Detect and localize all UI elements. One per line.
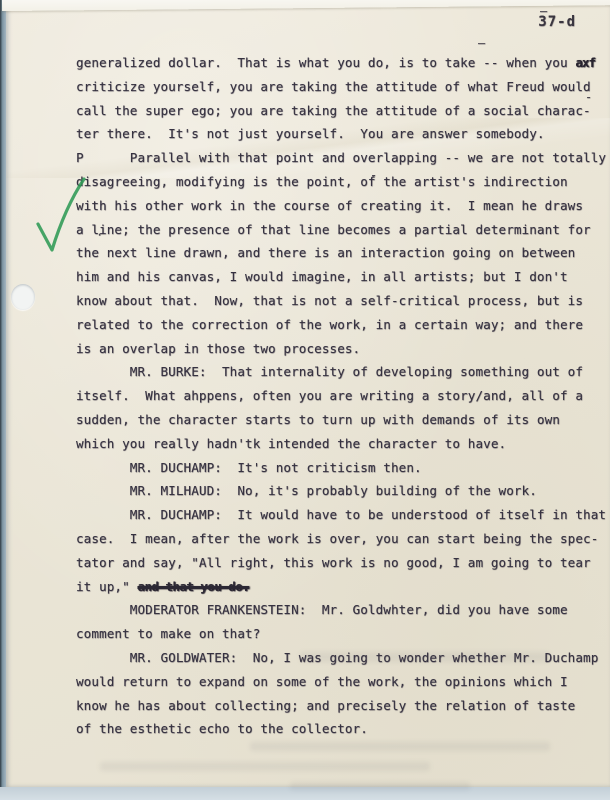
stray-mark: ·	[96, 228, 103, 242]
typed-line: know he has about collecting; and precis…	[76, 694, 596, 718]
typed-line: of the esthetic echo to the collector.	[76, 717, 596, 741]
typed-text: MR. BURKE: That internality of developin…	[76, 364, 583, 379]
checkmark-icon	[26, 172, 96, 264]
typed-text: it up,"	[76, 579, 137, 594]
typed-text: disagreeing, modifying is the point, of …	[76, 174, 568, 189]
ghost-bleedthrough	[100, 762, 430, 771]
typed-line: comment to make on that?	[76, 622, 596, 646]
typed-line: MR. BURKE: That internality of developin…	[76, 360, 596, 384]
typed-text: would return to expand on some of the wo…	[76, 674, 568, 689]
typed-line: know about that. Now, that is not a self…	[76, 289, 596, 313]
typed-line: with his other work in the course of cre…	[76, 194, 596, 218]
typed-line: criticize yourself, you are taking the a…	[76, 75, 596, 99]
typed-line: MR. DUCHAMP: It's not criticism then.	[76, 456, 596, 480]
typed-line: ter there. It's not just yourself. You a…	[76, 122, 596, 146]
typed-line: related to the correction of the work, i…	[76, 313, 596, 337]
typed-line: tator and say, "All right, this work is …	[76, 551, 596, 575]
typed-line: itself. What ahppens, often you are writ…	[76, 384, 596, 408]
typed-line: him and his canvas, I would imagine, in …	[76, 265, 596, 289]
typed-text: him and his canvas, I would imagine, in …	[76, 269, 568, 284]
stray-mark: –	[478, 36, 485, 50]
typed-text: the next line drawn, and there is an int…	[76, 245, 575, 260]
typed-text: comment to make on that?	[76, 626, 260, 641]
typed-text: criticize yourself, you are taking the a…	[76, 79, 591, 94]
stray-mark: -	[370, 168, 377, 182]
typed-text: generalized dollar. That is what you do,…	[76, 55, 575, 70]
typed-line: generalized dollar. That is what you do,…	[76, 51, 596, 75]
typed-text: MR. DUCHAMP: It would have to be underst…	[76, 507, 606, 522]
typed-text: itself. What ahppens, often you are writ…	[76, 388, 583, 403]
stray-mark: –	[540, 4, 547, 18]
typed-text: know about that. Now, that is not a self…	[76, 293, 583, 308]
typed-text: a line; the presence of that line become…	[76, 222, 591, 237]
typed-line: call the super ego; you are taking the a…	[76, 99, 596, 123]
hole-punch	[11, 284, 35, 310]
stray-mark: -	[585, 90, 592, 104]
typed-text: know he has about collecting; and precis…	[76, 698, 575, 713]
typed-text: with his other work in the course of cre…	[76, 198, 583, 213]
typed-text: MR. MILHAUD: No, it's probably building …	[76, 483, 537, 498]
scanned-transcript-page: { "page": { "number": "37-d", "paper_col…	[0, 0, 610, 800]
typed-line: MODERATOR FRANKENSTEIN: Mr. Goldwhter, d…	[76, 598, 596, 622]
typed-text: is an overlap in those two processes.	[76, 341, 360, 356]
typed-line: it up," and that you do.	[76, 575, 596, 599]
typed-line: which you really hadn'tk intended the ch…	[76, 432, 596, 456]
paper-top-edge	[2, 0, 610, 11]
ghost-bleedthrough	[300, 652, 550, 662]
typed-line: disagreeing, modifying is the point, of …	[76, 170, 596, 194]
typed-line: MR. MILHAUD: No, it's probably building …	[76, 479, 596, 503]
overstruck-text: axf	[575, 55, 595, 70]
typed-line: is an overlap in those two processes.	[76, 337, 596, 361]
typed-text: MR. DUCHAMP: It's not criticism then.	[76, 460, 422, 475]
typed-line: would return to expand on some of the wo…	[76, 670, 596, 694]
typed-line: MR. DUCHAMP: It would have to be underst…	[76, 503, 596, 527]
struck-text: and that you do.	[137, 579, 249, 594]
ghost-bleedthrough	[250, 742, 550, 751]
typed-lines: generalized dollar. That is what you do,…	[76, 51, 596, 741]
typed-text: related to the correction of the work, i…	[76, 317, 583, 332]
typed-line: P Parallel with that point and overlappi…	[76, 146, 596, 170]
typed-text: ter there. It's not just yourself. You a…	[76, 126, 545, 141]
typed-line: sudden, the character starts to turn up …	[76, 408, 596, 432]
typed-text: sudden, the character starts to turn up …	[76, 412, 560, 427]
typed-line: a line; the presence of that line become…	[76, 218, 596, 242]
typed-line: the next line drawn, and there is an int…	[76, 241, 596, 265]
ghost-bleedthrough	[290, 782, 470, 790]
typed-line: case. I mean, after the work is over, yo…	[76, 527, 596, 551]
typed-text: call the super ego; you are taking the a…	[76, 103, 591, 118]
typed-text: P Parallel with that point and overlappi…	[76, 150, 606, 165]
typed-text: which you really hadn'tk intended the ch…	[76, 436, 506, 451]
typed-text: tator and say, "All right, this work is …	[76, 555, 591, 570]
typed-text: of the esthetic echo to the collector.	[76, 721, 368, 736]
typed-text: MODERATOR FRANKENSTEIN: Mr. Goldwhter, d…	[76, 602, 568, 617]
typed-text: case. I mean, after the work is over, yo…	[76, 531, 598, 546]
